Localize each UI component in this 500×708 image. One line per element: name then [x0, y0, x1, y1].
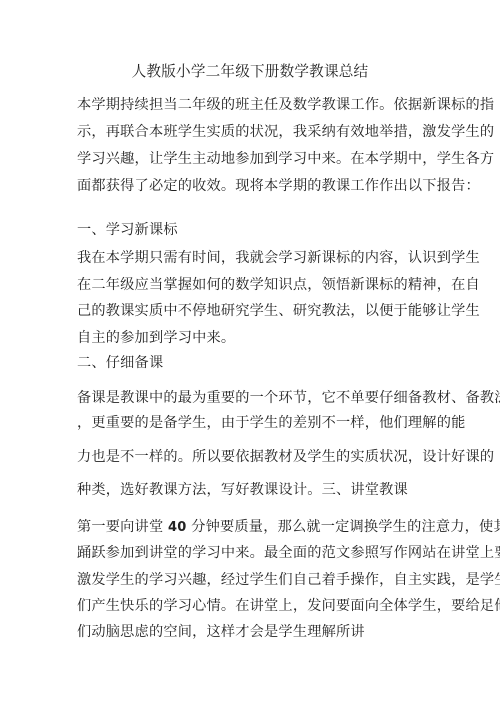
- section2-line: 力也是不一样的。所以要依据教材及学生的实质状况，设计好课的: [77, 449, 494, 465]
- section1-line: 在二年级应当掌握如何的数学知识点，领悟新课标的精神，在自: [77, 277, 480, 293]
- intro-line: 面都获得了必定的收效。现将本学期的教课工作作出以下报告：: [77, 178, 480, 194]
- intro-line: 学习兴趣，让学生主动地参加到学习中来。在本学期中，学生各方: [77, 151, 494, 167]
- section3-line: 们动脑思虑的空间，这样才会是学生理解所讲: [77, 624, 365, 640]
- section3-text: 第一要向讲堂: [77, 519, 168, 535]
- minutes-number: 40: [168, 520, 187, 535]
- intro-line: 示，再联合本班学生实质的状况，我采纳有效地举措，激发学生的: [77, 124, 494, 140]
- section3-line: 激发学生的学习兴趣，经过学生们自己着手操作，自主实践，是学生: [77, 572, 500, 588]
- section-heading-2: 二、仔细备课: [77, 355, 163, 371]
- section3-line: 们产生快乐的学习心情。在讲堂上，发问要面向全体学生，要给足他: [77, 598, 500, 614]
- section3-line: 第一要向讲堂 40 分钟要质量，那么就一定调换学生的注意力，使其: [77, 519, 500, 536]
- section2-line: ，更重要的是备学生，由于学生的差别不一样，他们理解的能: [77, 415, 465, 431]
- section2-line: 备课是教课中的最为重要的一个环节，它不单要仔细备教材、备教法: [77, 390, 500, 406]
- document-page: 人教版小学二年级下册数学教课总结 本学期持续担当二年级的班主任及数学教课工作。依…: [0, 0, 500, 708]
- section1-line: 自主的参加到学习中来。: [77, 330, 235, 346]
- section3-text: 分钟要质量，那么就一定调换学生的注意力，使其: [187, 519, 500, 535]
- section1-line: 我在本学期只需有时间，我就会学习新课标的内容，认识到学生: [77, 250, 480, 266]
- document-title: 人教版小学二年级下册数学教课总结: [0, 64, 500, 80]
- intro-line: 本学期持续担当二年级的班主任及数学教课工作。依据新课标的指: [77, 97, 494, 113]
- section3-line: 踊跃参加到讲堂的学习中来。最全面的范文参照写作网站在讲堂上要: [77, 545, 500, 561]
- section1-line: 己的教课实质中不停地研究学生、研究教法，以便于能够让学生: [77, 303, 480, 319]
- section2-line: 种类，选好教课方法，写好教课设计。三、讲堂教课: [77, 482, 408, 498]
- section-heading-1: 一、学习新课标: [77, 222, 178, 238]
